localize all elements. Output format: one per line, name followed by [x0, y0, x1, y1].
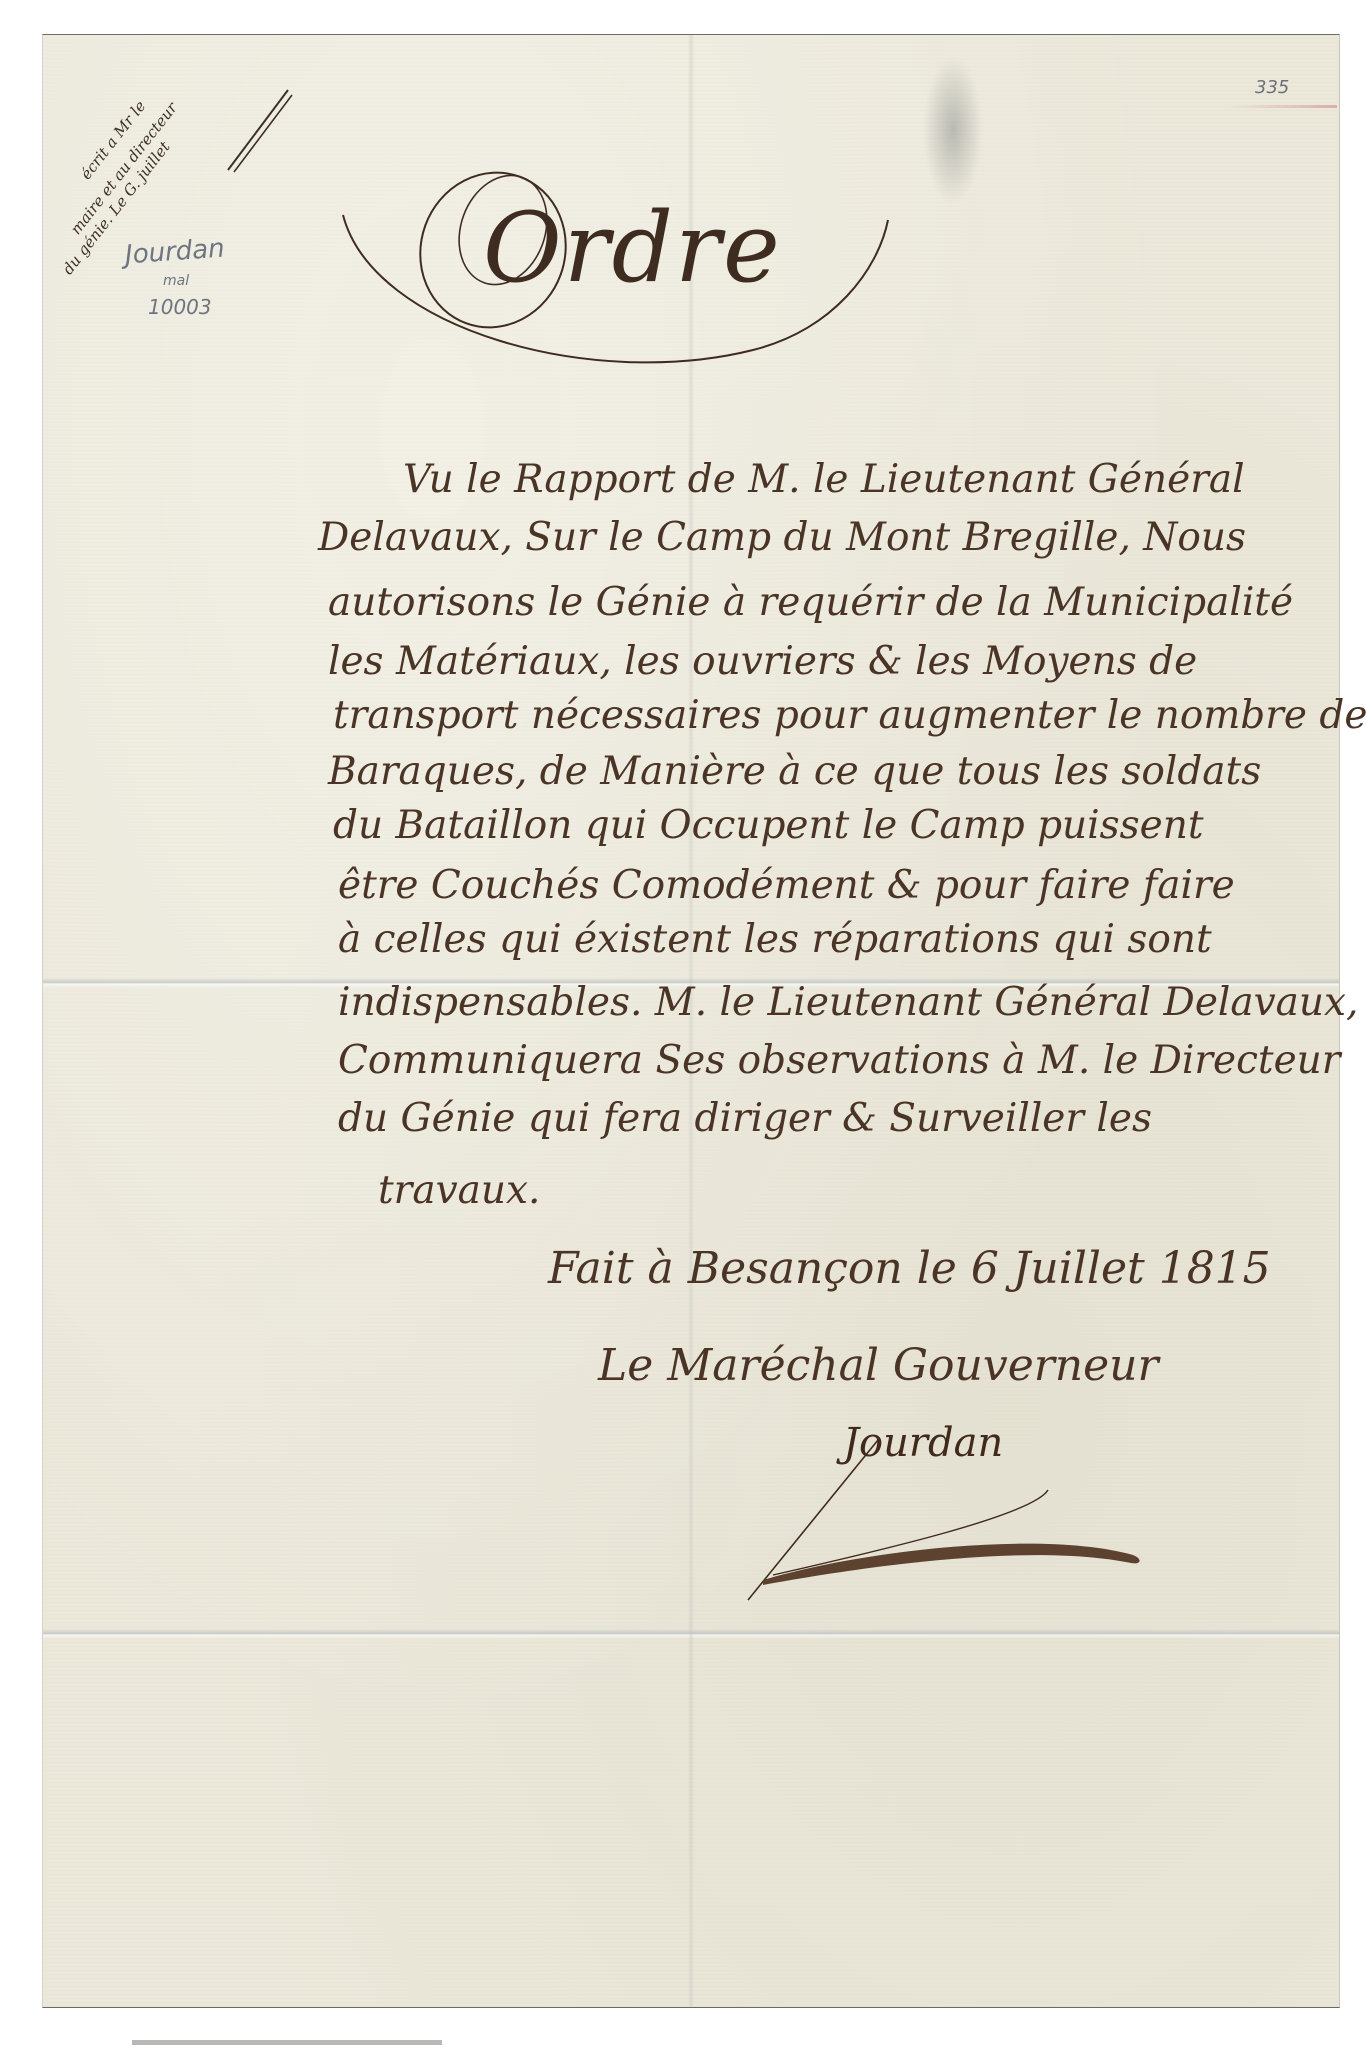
double-underline-strokes	[223, 85, 293, 175]
pencil-sub: mal	[163, 273, 189, 289]
body-line-1: Vu le Rapport de M. le Lieutenant Généra…	[403, 460, 1245, 499]
body-line-3: autorisons le Génie à requérir de la Mun…	[328, 583, 1293, 622]
margin-annotation: écrit a Mr le maire et au directeur du g…	[53, 45, 283, 315]
body-line-11: Communiquera Ses observations à M. le Di…	[338, 1041, 1340, 1080]
signatory-title: Le Maréchal Gouverneur	[598, 1340, 1159, 1391]
reference-number: 10003	[148, 295, 212, 319]
body-line-7: du Bataillon qui Occupent le Camp puisse…	[333, 806, 1204, 845]
document-title: Ordre	[483, 200, 782, 296]
signature-flourish	[743, 1435, 1183, 1615]
body-line-12: du Génie qui fera diriger & Surveiller l…	[338, 1099, 1152, 1138]
body-line-6: Baraques, de Manière à ce que tous les s…	[328, 752, 1261, 791]
body-line-10: indispensables. M. le Lieutenant Général…	[338, 983, 1358, 1022]
body-line-13: travaux.	[378, 1171, 540, 1210]
body-line-5: transport nécessaires pour augmenter le …	[333, 696, 1366, 735]
scan-artifact-bar	[132, 2040, 442, 2045]
red-mark	[1227, 105, 1337, 108]
body-line-9: à celles qui éxistent les réparations qu…	[338, 920, 1212, 959]
body-line-4: les Matériaux, les ouvriers & les Moyens…	[328, 642, 1197, 681]
body-line-8: être Couchés Comodément & pour faire fai…	[338, 866, 1235, 905]
body-line-2: Delavaux, Sur le Camp du Mont Bregille, …	[318, 518, 1246, 557]
manuscript-page: 335 écrit a Mr le maire et au directeur …	[42, 34, 1340, 2008]
ink-smudge	[923, 55, 983, 205]
place-date: Fait à Besançon le 6 Juillet 1815	[548, 1243, 1271, 1294]
folio-number: 335	[1255, 77, 1289, 98]
title-block: Ordre	[333, 160, 893, 380]
pencil-name: Jourdan	[124, 234, 226, 271]
